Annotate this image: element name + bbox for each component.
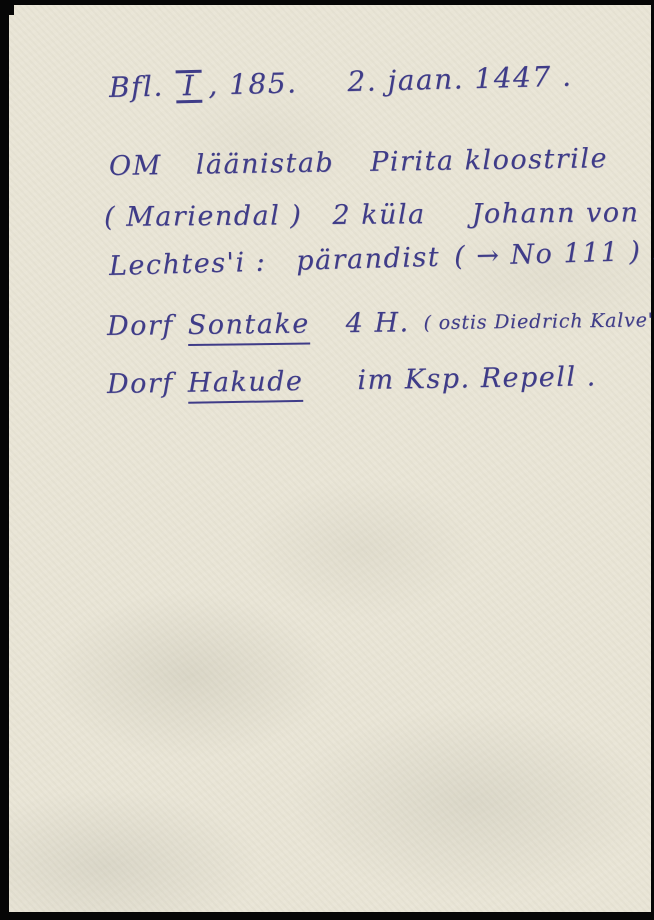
parenthetical-segment: ( ostis Diedrich Kalve'lt ) bbox=[423, 309, 654, 334]
note-line-grant: OMläänistabPirita kloostrile bbox=[109, 143, 608, 182]
scan-edge-artifact bbox=[0, 0, 14, 15]
text-segment: 4 H. bbox=[346, 307, 410, 339]
text-segment: Dorf bbox=[107, 310, 174, 342]
roman-numeral: I bbox=[175, 70, 202, 104]
note-line-lechtes: Lechtes'i :pärandist( → No 111 ) : bbox=[109, 236, 654, 282]
cross-reference-segment: ( → No 111 ) : bbox=[454, 236, 654, 273]
text-segment: Pirita kloostrile bbox=[370, 143, 608, 178]
text-segment: Johann von bbox=[472, 197, 640, 229]
text-segment: ( Mariendal ) bbox=[104, 200, 303, 233]
text-segment: pärandist bbox=[296, 242, 441, 277]
text-segment: 2 küla bbox=[332, 199, 426, 231]
note-line-hakude: DorfHakudeim Ksp. Repell . bbox=[107, 361, 597, 405]
paper: Bfl.I, 185.2. jaan. 1447 . OMläänistabPi… bbox=[9, 5, 651, 912]
underlined-placename: Hakude bbox=[188, 366, 304, 404]
text-segment: Lechtes'i : bbox=[109, 247, 267, 282]
underlined-placename: Sontake bbox=[188, 309, 310, 346]
text-segment: läänistab bbox=[196, 147, 335, 180]
text-segment: Dorf bbox=[107, 368, 174, 400]
text-segment: OM bbox=[109, 150, 162, 182]
note-line-sontake: DorfSontake4 H.( ostis Diedrich Kalve'lt… bbox=[107, 304, 654, 347]
document-scan: Bfl.I, 185.2. jaan. 1447 . OMläänistabPi… bbox=[0, 0, 654, 920]
note-line-mariendal: ( Mariendal )2 külaJohann von bbox=[104, 197, 640, 233]
date-segment: 2. jaan. 1447 . bbox=[347, 60, 573, 98]
text-segment: , 185. bbox=[208, 66, 298, 101]
note-line-reference: Bfl.I, 185.2. jaan. 1447 . bbox=[109, 60, 573, 105]
text-segment: Bfl. bbox=[109, 70, 165, 104]
scan-edge-artifact bbox=[0, 34, 9, 58]
text-segment: im Ksp. Repell . bbox=[357, 361, 597, 396]
